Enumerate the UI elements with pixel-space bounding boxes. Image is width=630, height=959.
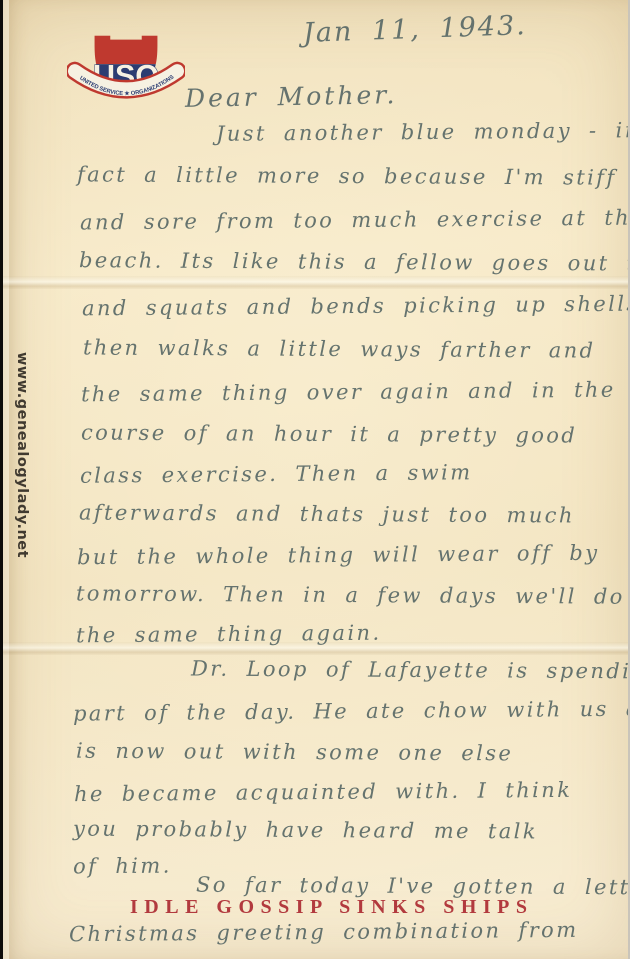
letter-line: but the whole thing will wear off by bbox=[77, 541, 600, 570]
letter-line: tomorrow. Then in a few days we'll do bbox=[76, 581, 625, 608]
fold-crease bbox=[3, 276, 630, 289]
letter-line: beach. Its like this a fellow goes out t… bbox=[79, 248, 630, 276]
letter-date: Jan 11, 1943. bbox=[303, 10, 528, 49]
letter-line: Christmas greeting combination from bbox=[69, 918, 579, 946]
letter-line: he became acquainted with. I think bbox=[74, 778, 573, 806]
uso-logo-icon: USO UNITED SERVICE ★ ORGANIZATIONS bbox=[67, 31, 185, 119]
letter-line: afterwards and thats just too much bbox=[79, 500, 575, 527]
letter-line: Just another blue monday - in bbox=[216, 118, 630, 146]
letter-line: the same thing over again and in the bbox=[81, 378, 616, 407]
letter-line: and sore from too much exercise at the bbox=[80, 206, 630, 235]
letter-line: part of the day. He ate chow with us and bbox=[73, 696, 630, 725]
letter-line: of him. bbox=[73, 854, 172, 879]
letter-line: the same thing again. bbox=[76, 621, 382, 648]
printed-slogan: IDLE GOSSIP SINKS SHIPS bbox=[130, 896, 534, 919]
letter-line: course of an hour it a pretty good bbox=[81, 420, 577, 447]
letter-line: and squats and bends picking up shells bbox=[82, 292, 630, 321]
letter-line: class exercise. Then a swim bbox=[80, 460, 473, 487]
letter-scan: USO UNITED SERVICE ★ ORGANIZATIONS www.g… bbox=[0, 0, 630, 959]
stationery-paper: USO UNITED SERVICE ★ ORGANIZATIONS www.g… bbox=[3, 0, 630, 959]
letter-line: then walks a little ways farther and bbox=[83, 335, 596, 362]
letter-salutation: Dear Mother. bbox=[185, 80, 398, 113]
letter-line: is now out with some one else bbox=[76, 739, 513, 766]
watermark-text: www.genealogylady.net bbox=[8, 352, 30, 602]
letter-line: you probably have heard me talk bbox=[73, 817, 538, 844]
letter-line: Dr. Loop of Lafayette is spending bbox=[191, 657, 630, 684]
letter-line: So far today I've gotten a letter bbox=[196, 873, 630, 900]
letter-line: fact a little more so because I'm stiff bbox=[77, 162, 617, 189]
